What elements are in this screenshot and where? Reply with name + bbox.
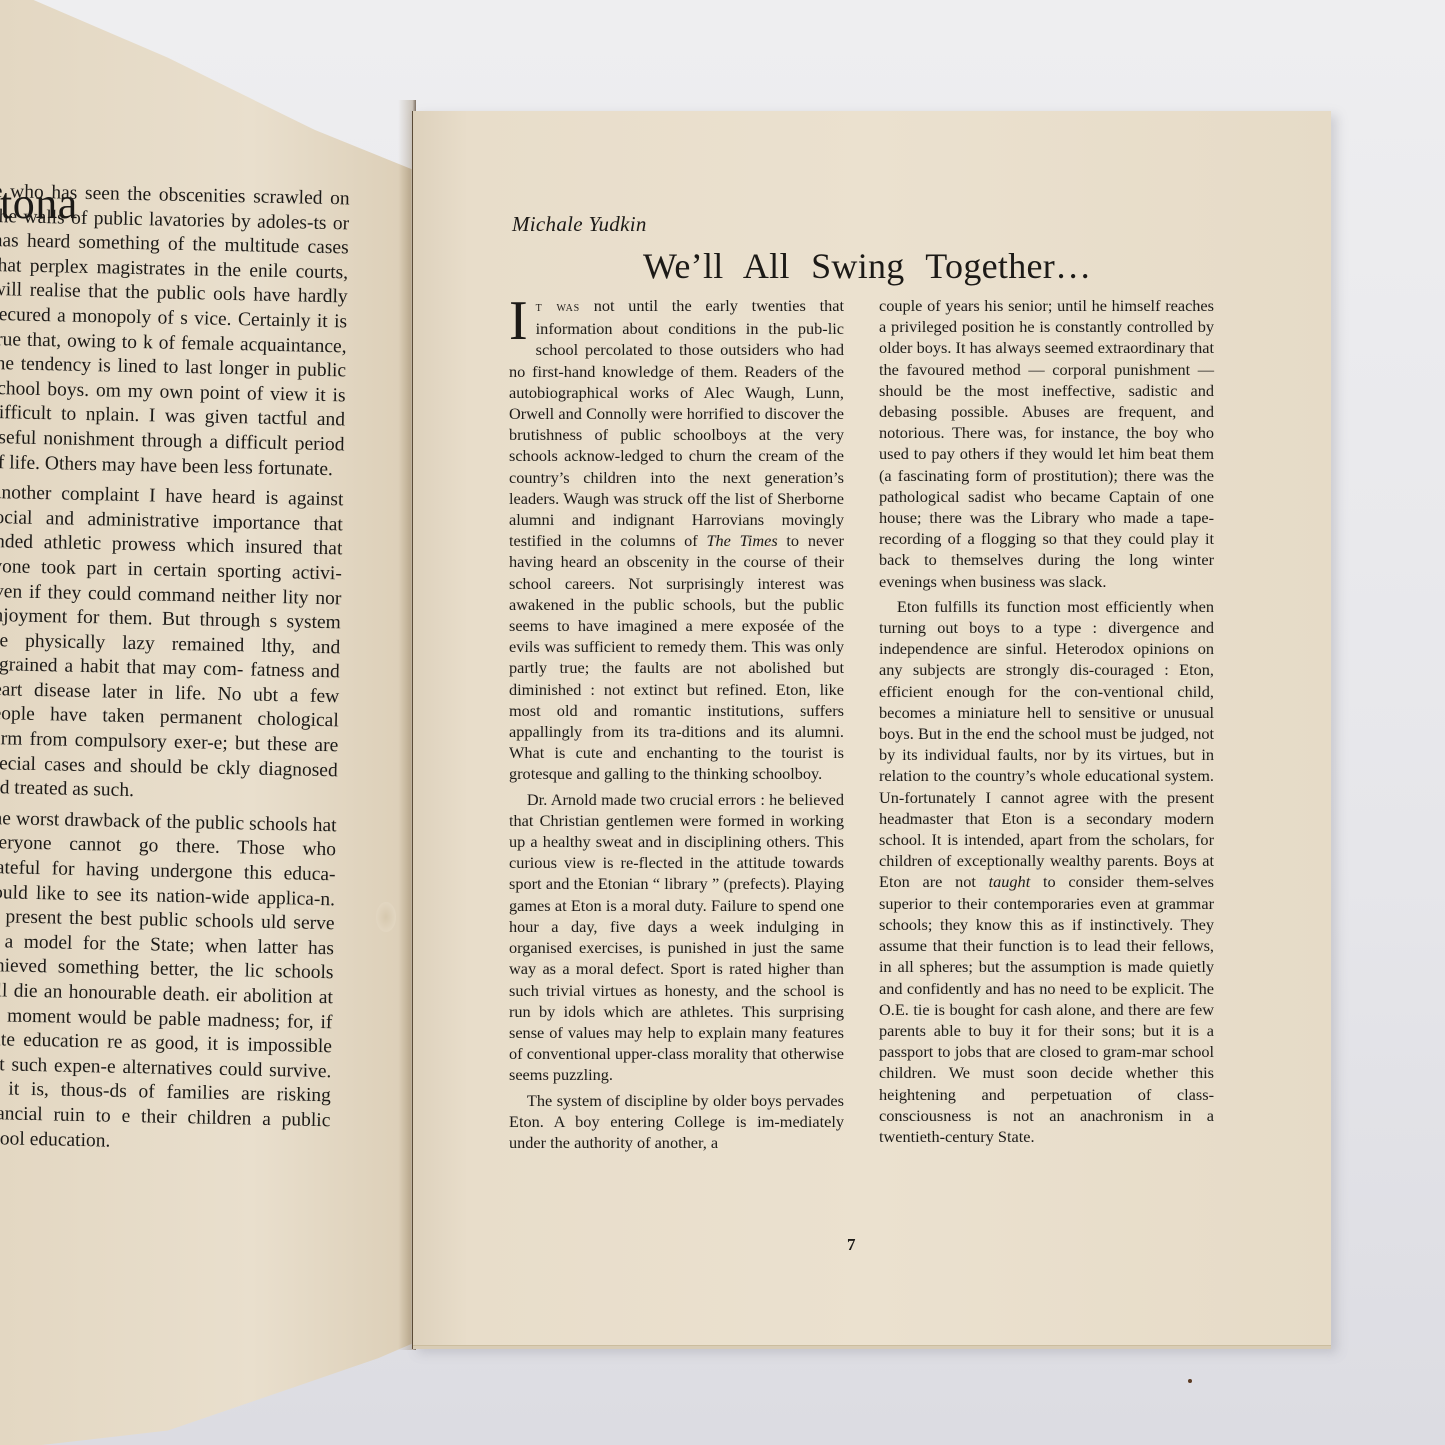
article-column-2: couple of years his senior; until he him… [879, 295, 1214, 1147]
paragraph: It was not until the early twenties that… [509, 295, 844, 785]
paragraph: Dr. Arnold made two crucial errors : he … [509, 789, 844, 1086]
page-number: 7 [847, 1235, 856, 1255]
left-page-body: e who has seen the obscenities scrawled … [0, 180, 350, 1164]
drop-cap: I [509, 299, 528, 343]
article-column-1: It was not until the early twenties that… [509, 295, 844, 1153]
page-hole [376, 902, 396, 932]
article-title: We’ll All Swing Together… [643, 245, 1091, 287]
paragraph-text: not until the early twenties that inform… [509, 296, 844, 550]
paragraph-text: to consider them-selves superior to thei… [879, 872, 1214, 1145]
paragraph: The system of discipline by older boys p… [509, 1090, 844, 1154]
left-page: tona e who has seen the obscenities scra… [0, 0, 420, 1445]
author-byline: Michale Yudkin [512, 212, 647, 237]
paragraph-text: Eton fulfills its function most efficien… [879, 597, 1214, 892]
italic-title-the-times: The Times [706, 531, 777, 550]
paragraph: Eton fulfills its function most efficien… [879, 596, 1214, 1147]
right-page: Michale Yudkin We’ll All Swing Together…… [412, 111, 1331, 1349]
left-paragraph: Another complaint I have heard is agains… [0, 481, 344, 808]
left-paragraph: e who has seen the obscenities scrawled … [0, 180, 350, 483]
italic-word-taught: taught [989, 872, 1031, 891]
paragraph: couple of years his senior; until he him… [879, 295, 1214, 592]
paragraph-text: to never having heard an obscenity in th… [509, 531, 844, 783]
paper-speck [1188, 1379, 1192, 1383]
opening-small-caps: t was [536, 300, 580, 315]
left-paragraph: The worst drawback of the public schools… [0, 807, 337, 1159]
